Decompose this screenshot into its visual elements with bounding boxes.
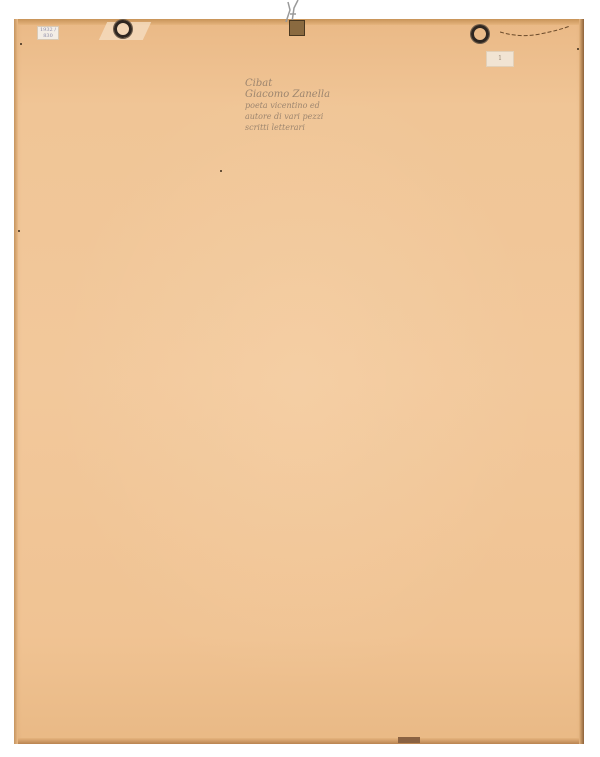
inventory-sticker-left: 1932 / 830: [37, 26, 59, 40]
nail-hole: [577, 48, 579, 50]
inventory-sticker-right: 1: [486, 51, 514, 67]
inscription-line: Cibat: [245, 78, 355, 89]
inscription-line: autore di vari pezzi: [245, 111, 355, 122]
inscription-line: scritti letterari: [245, 122, 355, 133]
frame-bottom-edge: [14, 738, 584, 744]
paper-crack: [500, 24, 580, 44]
nail-hole: [18, 230, 20, 232]
paper-speck: [220, 170, 222, 172]
hanging-ring-right-icon: [471, 25, 489, 43]
frame-notch: [398, 737, 420, 743]
inscription-line: poeta vicentino ed: [245, 100, 355, 111]
hanging-ring-left-icon: [114, 20, 132, 38]
handwritten-inscription: Cibat Giacomo Zanella poeta vicentino ed…: [245, 78, 355, 133]
hanging-wire-icon: [282, 0, 302, 22]
hook-icon: [289, 20, 305, 36]
frame-right-edge: [579, 19, 584, 744]
inscription-line: Giacomo Zanella: [245, 89, 355, 100]
nail-hole: [20, 43, 22, 45]
frame-left-edge: [14, 19, 18, 744]
